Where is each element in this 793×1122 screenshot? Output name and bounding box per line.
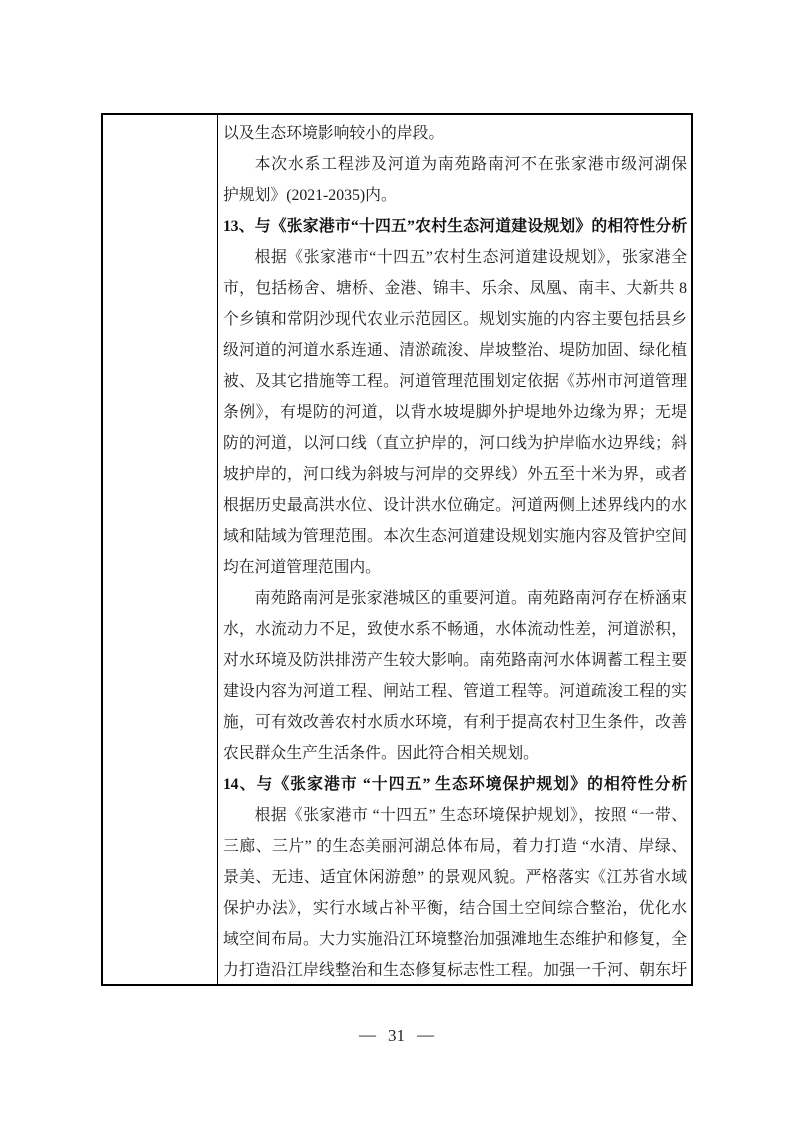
text-line: 建设内容为河道工程、闸站工程、管道工程等。河道疏浚工程的实 xyxy=(223,676,687,707)
text-line: 南苑路南河是张家港城区的重要河道。南苑路南河存在桥涵束 xyxy=(223,583,687,614)
text-line: 域空间布局。大力实施沿江环境整治加强滩地生态维护和修复，全 xyxy=(223,924,687,955)
text-line: 市，包括杨舍、塘桥、金港、锦丰、乐余、凤凰、南丰、大新共 8 xyxy=(223,273,687,304)
text-line: 级河道的河道水系连通、清淤疏浚、岸坡整治、堤防加固、绿化植 xyxy=(223,335,687,366)
text-line: 域和陆域为管理范围。本次生态河道建设规划实施内容及管护空间 xyxy=(223,521,687,552)
footer-left-dash: — xyxy=(359,1025,376,1045)
text-line: 坡护岸的，河口线为斜坡与河岸的交界线）外五至十米为界，或者 xyxy=(223,459,687,490)
text-line: 均在河道管理范围内。 xyxy=(223,552,687,583)
text-line: 施，可有效改善农村水质水环境，有利于提高农村卫生条件，改善 xyxy=(223,707,687,738)
label-cell xyxy=(103,115,218,984)
text-line: 根据《张家港市 “十四五” 生态环境保护规划》，按照 “一带、 xyxy=(223,800,687,831)
footer-right-dash: — xyxy=(417,1025,434,1045)
text-line: 保护办法》，实行水域占补平衡，结合国土空间综合整治，优化水 xyxy=(223,893,687,924)
text-line: 个乡镇和常阴沙现代农业示范园区。规划实施的内容主要包括县乡 xyxy=(223,304,687,335)
text-line: 本次水系工程涉及河道为南苑路南河不在张家港市级河湖保 xyxy=(223,149,687,180)
section-heading-14: 14、与《张家港市 “十四五” 生态环境保护规划》的相符性分析 xyxy=(223,769,687,800)
text-line: 条例》，有堤防的河道，以背水坡堤脚外护堤地外边缘为界；无堤 xyxy=(223,397,687,428)
text-line: 护规划》(2021-2035)内。 xyxy=(223,180,687,211)
text-line: 被、及其它措施等工程。河道管理范围划定依据《苏州市河道管理 xyxy=(223,366,687,397)
text-line: 以及生态环境影响较小的岸段。 xyxy=(223,118,687,149)
document-page: 以及生态环境影响较小的岸段。 本次水系工程涉及河道为南苑路南河不在张家港市级河湖… xyxy=(0,0,793,1122)
compliance-analysis-table: 以及生态环境影响较小的岸段。 本次水系工程涉及河道为南苑路南河不在张家港市级河湖… xyxy=(101,113,693,986)
text-line: 三廊、三片” 的生态美丽河湖总体布局，着力打造 “水清、岸绿、 xyxy=(223,831,687,862)
content-cell: 以及生态环境影响较小的岸段。 本次水系工程涉及河道为南苑路南河不在张家港市级河湖… xyxy=(218,115,691,984)
page-number: 31 xyxy=(388,1026,405,1046)
section-heading-13: 13、与《张家港市“十四五”农村生态河道建设规划》的相符性分析 xyxy=(223,211,687,242)
text-line: 农民群众生产生活条件。因此符合相关规划。 xyxy=(223,738,687,769)
text-line: 景美、无违、适宜休闲游憩” 的景观风貌。严格落实《江苏省水域 xyxy=(223,862,687,893)
text-line: 根据《张家港市“十四五”农村生态河道建设规划》，张家港全 xyxy=(223,242,687,273)
text-line: 力打造沿江岸线整治和生态修复标志性工程。加强一千河、朝东圩 xyxy=(223,955,687,984)
text-line: 对水环境及防洪排涝产生较大影响。南苑路南河水体调蓄工程主要 xyxy=(223,645,687,676)
text-line: 水，水流动力不足，致使水系不畅通，水体流动性差，河道淤积， xyxy=(223,614,687,645)
text-line: 根据历史最高洪水位、设计洪水位确定。河道两侧上述界线内的水 xyxy=(223,490,687,521)
text-line: 防的河道，以河口线（直立护岸的，河口线为护岸临水边界线；斜 xyxy=(223,428,687,459)
page-footer: — 31 — xyxy=(0,1026,793,1046)
